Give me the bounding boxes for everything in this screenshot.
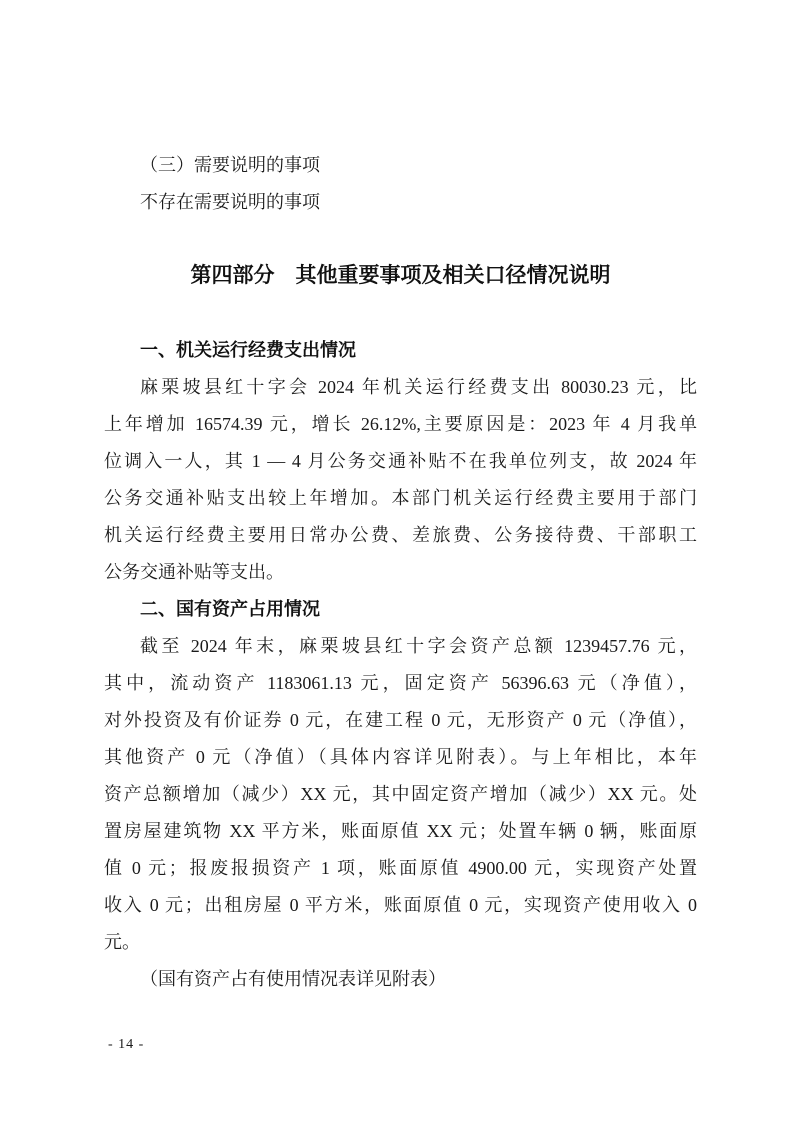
section2-paragraph: 截至 2024 年末，麻栗坡县红十字会资产总额 1239457.76 元， 其中… (104, 628, 697, 961)
appendix-note: （国有资产占有使用情况表详见附表） (104, 961, 697, 998)
paragraph-line: 其中，流动资产 1183061.13 元，固定资产 56396.63 元（净值）… (104, 665, 697, 702)
paragraph-line: 资产总额增加（减少）XX 元，其中固定资产增加（减少）XX 元。处 (104, 776, 697, 813)
page-number: - 14 - (108, 1036, 144, 1054)
paragraph-line: 位调入一人，其 1 — 4 月公务交通补贴不在我单位列支，故 2024 年 (104, 443, 697, 480)
paragraph-line: 公务交通补贴等支出。 (104, 554, 697, 591)
subsection-heading: （三）需要说明的事项 (104, 147, 697, 184)
paragraph-line: 公务交通补贴支出较上年增加。本部门机关运行经费主要用于部门 (104, 480, 697, 517)
paragraph-line: 元。 (104, 924, 697, 961)
paragraph-line: 对外投资及有价证券 0 元，在建工程 0 元，无形资产 0 元（净值）， (104, 702, 697, 739)
paragraph-line: 收入 0 元；出租房屋 0 平方米，账面原值 0 元，实现资产使用收入 0 (104, 887, 697, 924)
paragraph-line: 机关运行经费主要用日常办公费、差旅费、公务接待费、干部职工 (104, 517, 697, 554)
paragraph-line: 值 0 元；报废报损资产 1 项，账面原值 4900.00 元，实现资产处置 (104, 850, 697, 887)
subsection-body: 不存在需要说明的事项 (104, 184, 697, 221)
paragraph-line: 其他资产 0 元（净值）（具体内容详见附表）。与上年相比，本年 (104, 739, 697, 776)
section1-heading: 一、机关运行经费支出情况 (104, 332, 697, 369)
section1-paragraph: 麻栗坡县红十字会 2024 年机关运行经费支出 80030.23 元，比 上年增… (104, 369, 697, 591)
paragraph-line: 截至 2024 年末，麻栗坡县红十字会资产总额 1239457.76 元， (104, 628, 697, 665)
paragraph-line: 置房屋建筑物 XX 平方米，账面原值 XX 元；处置车辆 0 辆，账面原 (104, 813, 697, 850)
document-content: （三）需要说明的事项 不存在需要说明的事项 第四部分 其他重要事项及相关口径情况… (104, 0, 697, 998)
document-page: （三）需要说明的事项 不存在需要说明的事项 第四部分 其他重要事项及相关口径情况… (0, 0, 793, 1122)
paragraph-line: 麻栗坡县红十字会 2024 年机关运行经费支出 80030.23 元，比 (104, 369, 697, 406)
part-title: 第四部分 其他重要事项及相关口径情况说明 (104, 257, 697, 294)
section2-heading: 二、国有资产占用情况 (104, 591, 697, 628)
paragraph-line: 上年增加 16574.39 元，增长 26.12%,主要原因是：2023 年 4… (104, 406, 697, 443)
